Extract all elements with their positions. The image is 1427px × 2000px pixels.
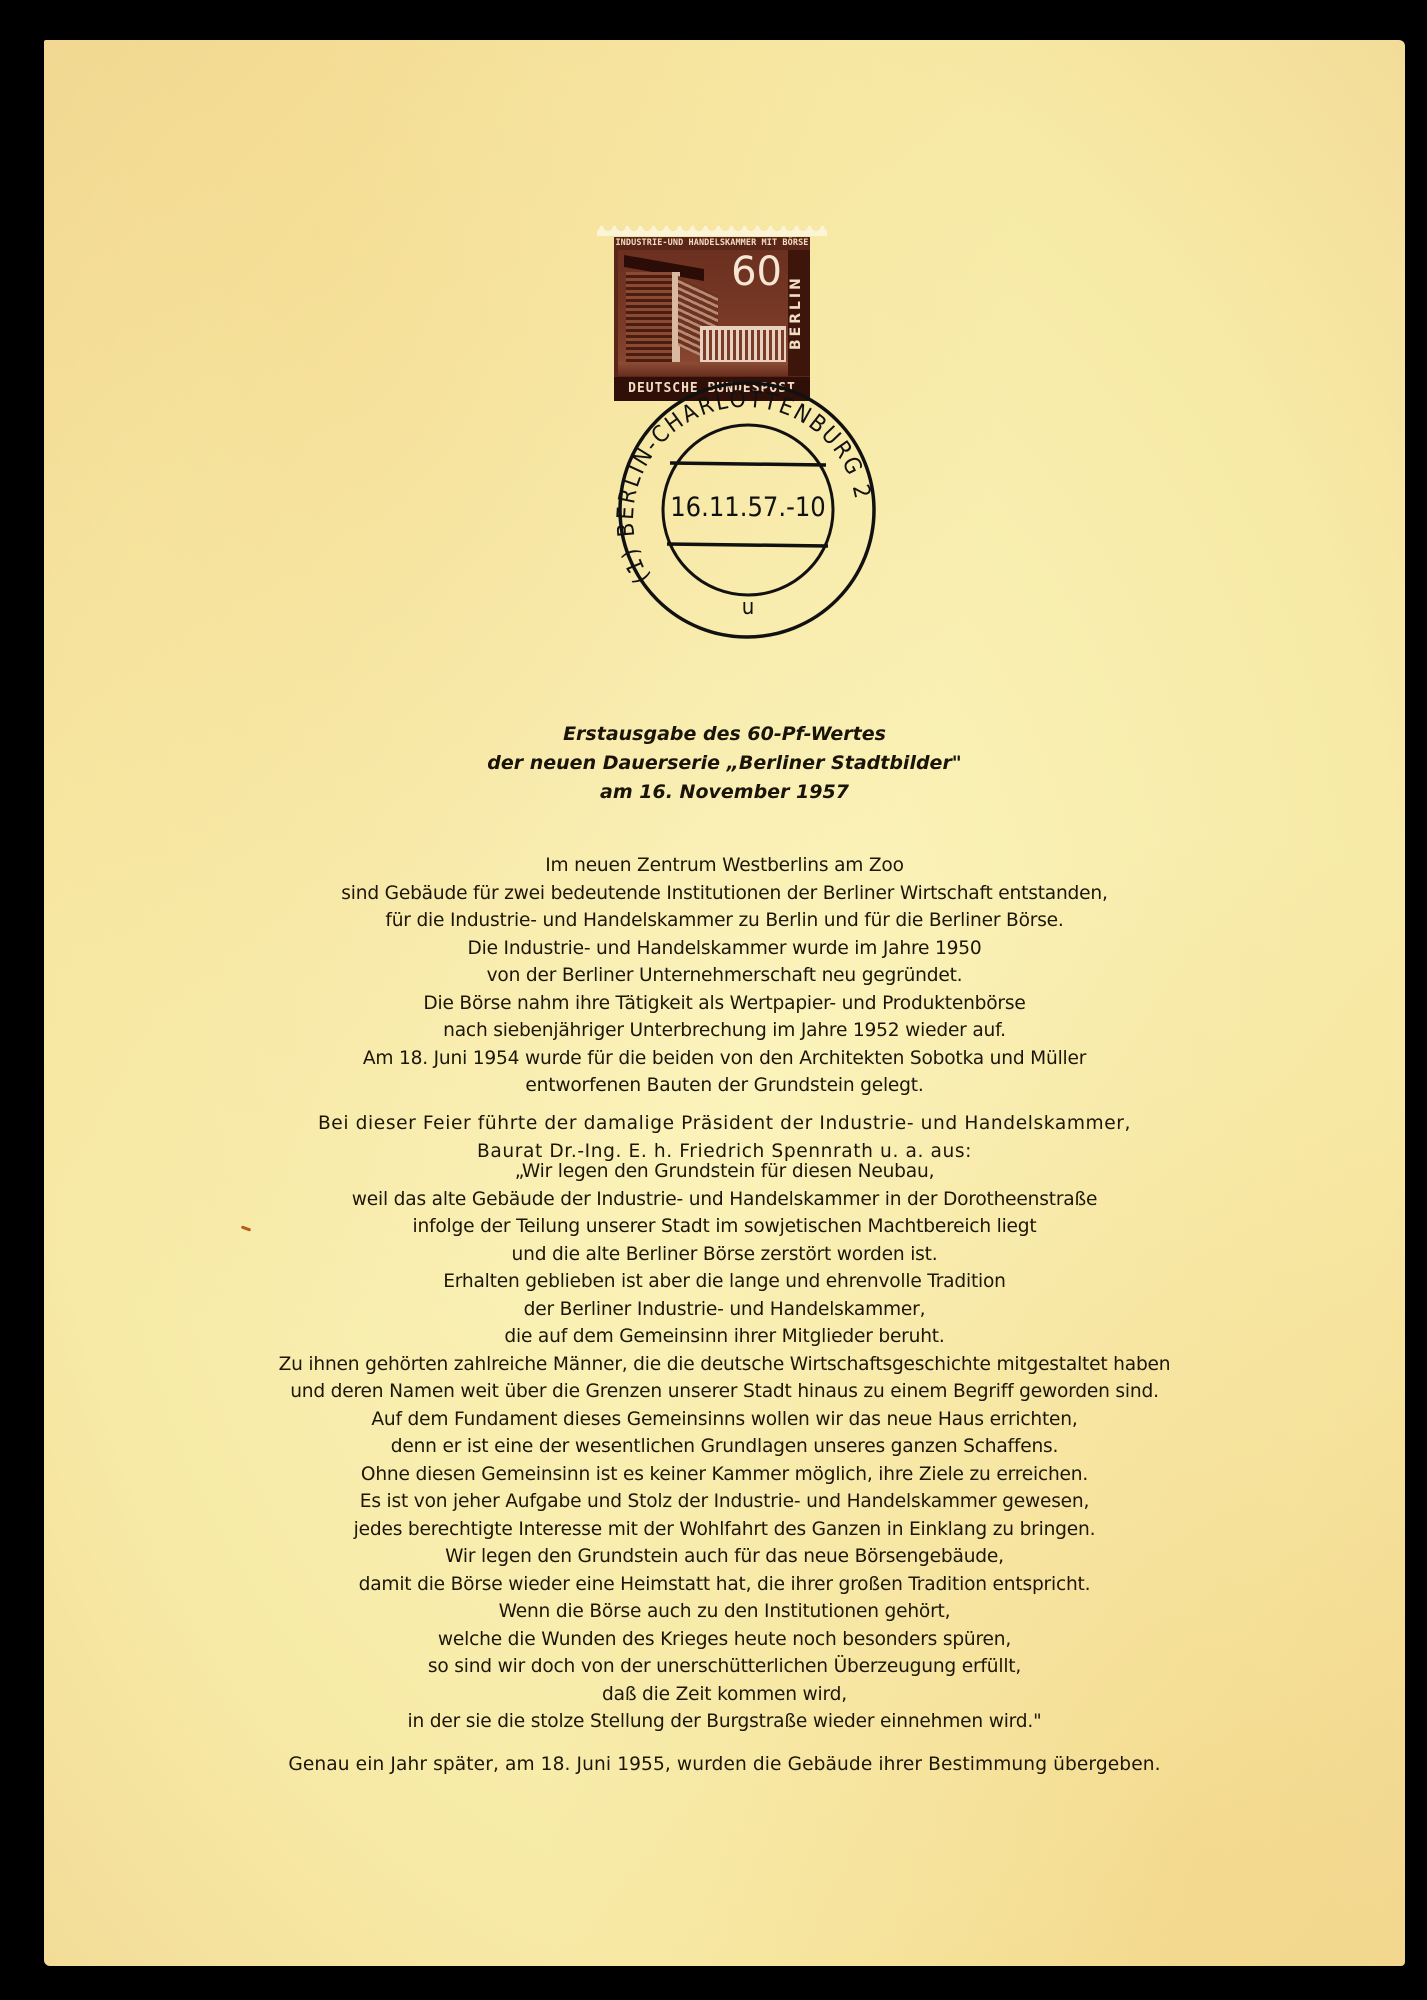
text-line: Bei dieser Feier führte der damalige Prä… xyxy=(44,1110,1405,1138)
postage-stamp: INDUSTRIE-UND HANDELSKAMMER MIT BÖRSE 60… xyxy=(614,237,810,401)
text-line: Zu ihnen gehörten zahlreiche Männer, die… xyxy=(44,1351,1405,1379)
ground-shape xyxy=(618,362,788,376)
text-line: „Wir legen den Grundstein für diesen Neu… xyxy=(44,1158,1405,1186)
boerse-building-shape xyxy=(700,326,786,365)
text-line: so sind wir doch von der unerschütterlic… xyxy=(44,1653,1405,1681)
text-line: Ohne diesen Gemeinsinn ist es keiner Kam… xyxy=(44,1461,1405,1489)
text-line: die auf dem Gemeinsinn ihrer Mitglieder … xyxy=(44,1323,1405,1351)
text-line: Genau ein Jahr später, am 18. Juni 1955,… xyxy=(44,1751,1405,1779)
heading-line: am 16. November 1957 xyxy=(44,778,1405,807)
text-line: in der sie die stolze Stellung der Burgs… xyxy=(44,1708,1405,1736)
text-line: welche die Wunden des Krieges heute noch… xyxy=(44,1626,1405,1654)
text-line: und die alte Berliner Börse zerstört wor… xyxy=(44,1241,1405,1269)
text-line: von der Berliner Unternehmerschaft neu g… xyxy=(44,962,1405,990)
text-line: Wenn die Börse auch zu den Institutionen… xyxy=(44,1598,1405,1626)
text-line: Am 18. Juni 1954 wurde für die beiden vo… xyxy=(44,1045,1405,1073)
postmark-ring-text: (1) BERLIN-CHARLOTTENBURG 2 xyxy=(613,387,876,588)
text-line: Wir legen den Grundstein auch für das ne… xyxy=(44,1543,1405,1571)
postmark-code: u xyxy=(742,595,755,620)
text-line: daß die Zeit kommen wird, xyxy=(44,1681,1405,1709)
stamp-side-label: BERLIN xyxy=(788,250,810,376)
heading-line: Erstausgabe des 60-Pf-Wertes xyxy=(44,720,1405,749)
text-line: damit die Börse wieder eine Heimstatt ha… xyxy=(44,1571,1405,1599)
heading-line: der neuen Dauerserie „Berliner Stadtbild… xyxy=(44,749,1405,778)
text-line: Im neuen Zentrum Westberlins am Zoo xyxy=(44,852,1405,880)
text-line: entworfenen Bauten der Grundstein gelegt… xyxy=(44,1072,1405,1100)
stamp-top-label: INDUSTRIE-UND HANDELSKAMMER MIT BÖRSE xyxy=(614,238,810,248)
text-line: Erhalten geblieben ist aber die lange un… xyxy=(44,1268,1405,1296)
issue-heading: Erstausgabe des 60-Pf-Wertes der neuen D… xyxy=(44,720,1405,807)
text-line: sind Gebäude für zwei bedeutende Institu… xyxy=(44,880,1405,908)
postmark-date: 16.11.57.-10 xyxy=(670,492,826,523)
text-line: denn er ist eine der wesentlichen Grundl… xyxy=(44,1433,1405,1461)
stamp-value: 60 xyxy=(731,249,782,295)
text-line: nach siebenjähriger Unterbrechung im Jah… xyxy=(44,1017,1405,1045)
text-line: Es ist von jeher Aufgabe und Stolz der I… xyxy=(44,1488,1405,1516)
ceremony-paragraph: Bei dieser Feier führte der damalige Prä… xyxy=(44,1110,1405,1165)
building-tower-shape xyxy=(626,272,680,362)
text-line: Auf dem Fundament dieses Gemeinsinns wol… xyxy=(44,1406,1405,1434)
text-line: Die Börse nahm ihre Tätigkeit als Wertpa… xyxy=(44,990,1405,1018)
intro-paragraph: Im neuen Zentrum Westberlins am Zoosind … xyxy=(44,852,1405,1100)
text-line: für die Industrie- und Handelskammer zu … xyxy=(44,907,1405,935)
quote-paragraph: „Wir legen den Grundstein für diesen Neu… xyxy=(44,1158,1405,1736)
text-line: Die Industrie- und Handelskammer wurde i… xyxy=(44,935,1405,963)
text-line: und deren Namen weit über die Grenzen un… xyxy=(44,1378,1405,1406)
text-line: jedes berechtigte Interesse mit der Wohl… xyxy=(44,1516,1405,1544)
postmark-cancellation: (1) BERLIN-CHARLOTTENBURG 2 16.11.57.-10… xyxy=(612,378,882,648)
text-line: der Berliner Industrie- und Handelskamme… xyxy=(44,1296,1405,1324)
closing-paragraph: Genau ein Jahr später, am 18. Juni 1955,… xyxy=(44,1751,1405,1779)
text-line: weil das alte Gebäude der Industrie- und… xyxy=(44,1186,1405,1214)
